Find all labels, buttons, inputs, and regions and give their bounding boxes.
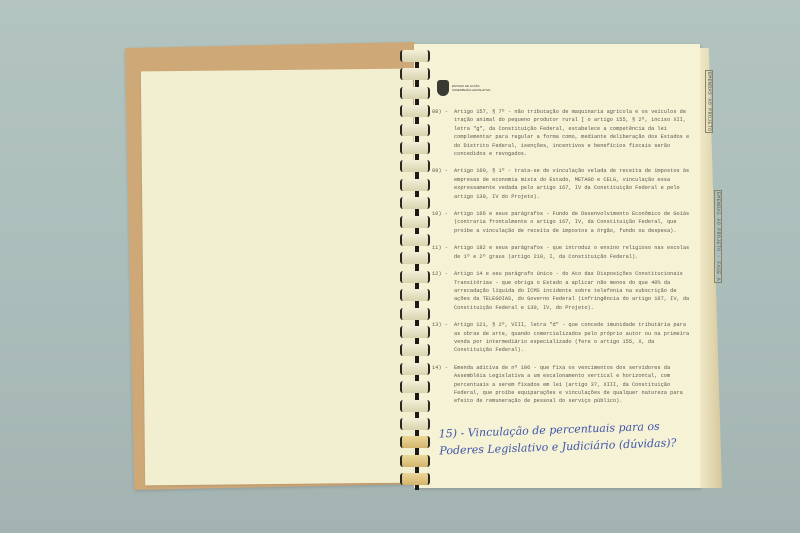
spiral-coil (400, 105, 430, 117)
spiral-coil (400, 473, 430, 485)
spiral-coil (400, 344, 430, 356)
spiral-coil (400, 87, 430, 99)
amendment-list: 08) -Artigo 157, § 7º - não tributação d… (432, 108, 694, 415)
spiral-coil (400, 179, 430, 191)
spiral-coil (400, 68, 430, 80)
spiral-coil (400, 252, 430, 264)
list-item: 09) -Artigo 160, § 1º - trata-se de vinc… (432, 167, 694, 201)
spiral-coil (400, 160, 430, 172)
state-coat-of-arms-icon (437, 80, 449, 96)
list-item: 10) -Artigo 166 e seus parágrafos - Fund… (432, 210, 694, 235)
spiral-coil (400, 142, 430, 154)
spiral-coil (400, 197, 430, 209)
blank-left-page (141, 69, 417, 486)
header-line-2: ASSEMBLÉIA LEGISLATIVA (452, 88, 490, 92)
edge-tab-label: EMENDAS AO PROJETO - FASE A (714, 190, 722, 283)
spiral-coil (400, 363, 430, 375)
spiral-coil (400, 400, 430, 412)
spiral-coil (400, 436, 430, 448)
spiral-coil (400, 234, 430, 246)
list-item: 08) -Artigo 157, § 7º - não tributação d… (432, 108, 694, 158)
spiral-coil (400, 124, 430, 136)
spiral-coil (400, 50, 430, 62)
list-item: 13) -Artigo 121, § 2º, VIII, letra "d" -… (432, 321, 694, 355)
spiral-coil (400, 289, 430, 301)
spiral-coil (400, 271, 430, 283)
list-item: 11) -Artigo 182 e seus parágrafos - que … (432, 244, 694, 261)
spiral-coil (400, 308, 430, 320)
spiral-coil (400, 381, 430, 393)
spiral-coil (400, 326, 430, 338)
spiral-coil (400, 418, 430, 430)
edge-tab-label: EMENDAS AO PROJETO (705, 70, 713, 133)
list-item: 14) -Emenda aditiva de nº 106 - que fixa… (432, 364, 694, 406)
list-item: 12) -Artigo 14 e seu parágrafo único - d… (432, 270, 694, 312)
spiral-coil (400, 216, 430, 228)
spiral-coil (400, 455, 430, 467)
document-header: ESTADO DE GOIÁS ASSEMBLÉIA LEGISLATIVA (437, 80, 490, 96)
